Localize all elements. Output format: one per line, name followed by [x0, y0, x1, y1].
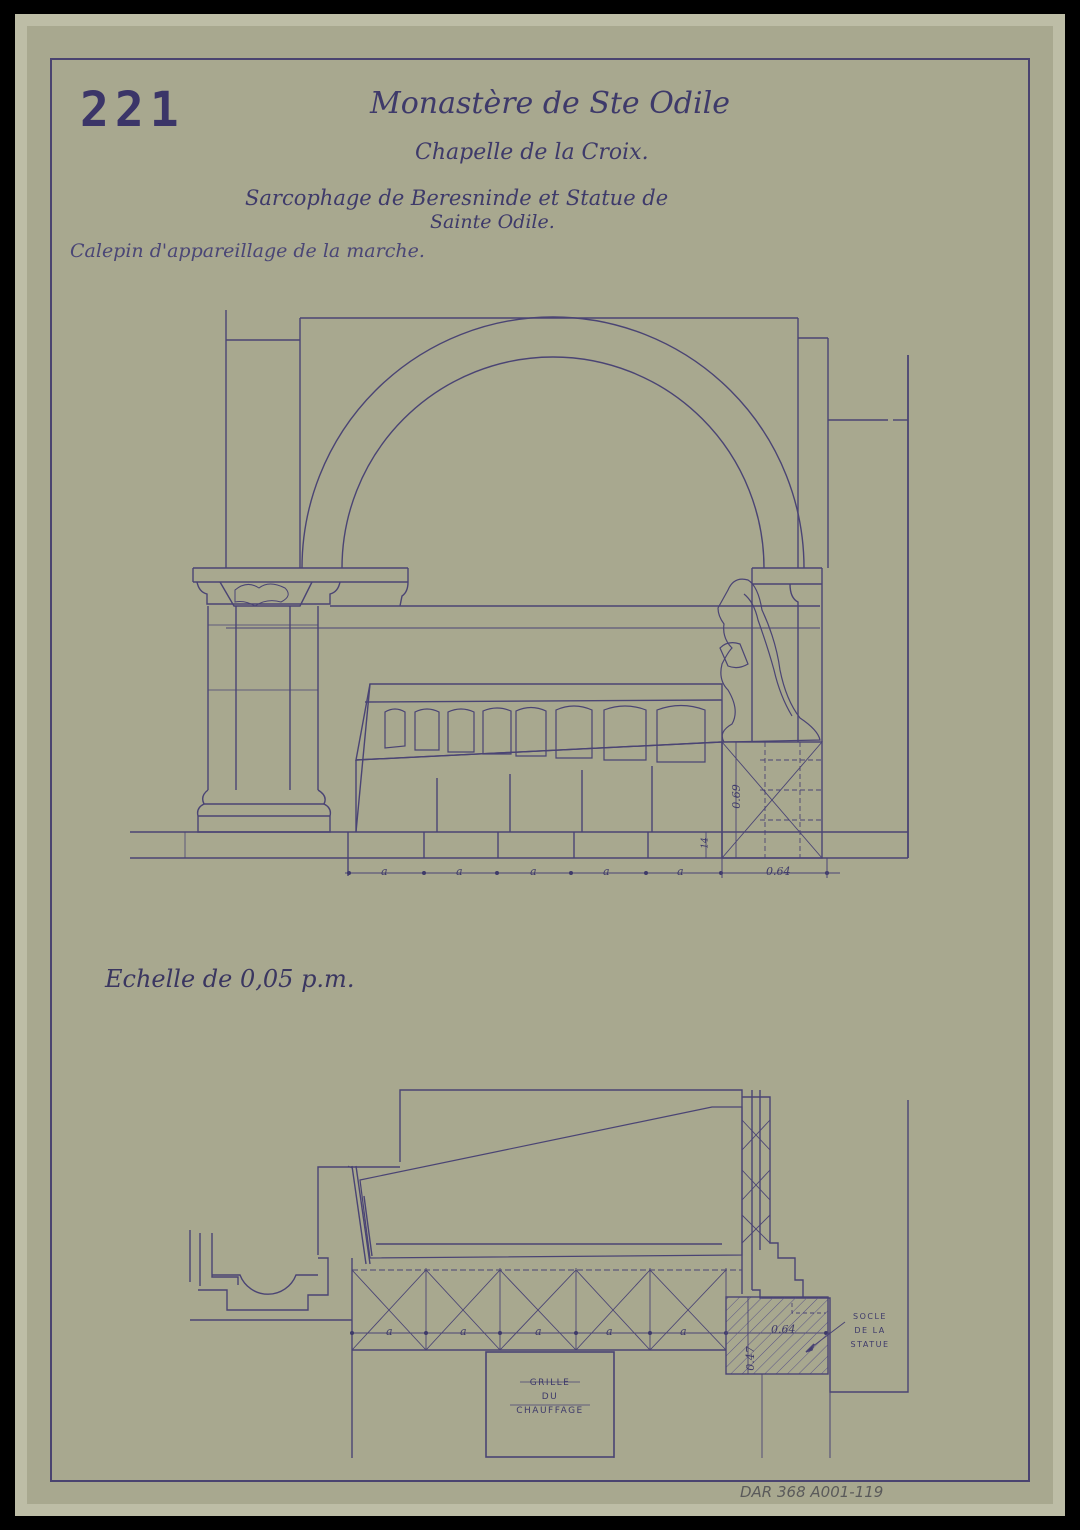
dim-module-a: a — [456, 865, 463, 878]
title-monastery: Monastère de Ste Odile — [370, 86, 730, 121]
scale-note: Echelle de 0,05 p.m. — [105, 965, 354, 993]
dim-module-a: a — [606, 1325, 613, 1338]
dim-module-a: a — [386, 1325, 393, 1338]
heating-grille-label: GRILLE DU CHAUFFAGE — [510, 1376, 590, 1418]
label-line: CHAUFFAGE — [510, 1404, 590, 1418]
label-line: STATUE — [842, 1338, 898, 1352]
sheet-number: 221 — [80, 82, 185, 138]
statue-saint-odile — [718, 579, 820, 742]
label-line: DE LA — [842, 1324, 898, 1338]
title-description: Calepin d'appareillage de la marche. — [70, 240, 425, 262]
dim-module-a: a — [460, 1325, 467, 1338]
title-subject: Sarcophage de Beresninde et Statue de — [245, 186, 668, 210]
title-subject-cont: Sainte Odile. — [430, 211, 555, 233]
dim-module-a: a — [677, 865, 684, 878]
archive-reference: DAR 368 A001-119 — [740, 1483, 883, 1501]
dim-step-height: 14 — [701, 837, 711, 848]
socle-label: SOCLE DE LA STATUE — [842, 1310, 898, 1352]
dim-socle-depth: 0.47 — [744, 1346, 757, 1371]
dim-module-a: a — [603, 865, 610, 878]
label-line: SOCLE — [842, 1310, 898, 1324]
dim-width-right: 0.64 — [771, 1323, 796, 1336]
dim-statue-base-height: 0.69 — [730, 784, 743, 809]
sarcophagus-arcade — [385, 706, 705, 763]
title-chapel: Chapelle de la Croix. — [415, 140, 649, 165]
dim-module-a: a — [680, 1325, 687, 1338]
dim-module-a: a — [535, 1325, 542, 1338]
dim-module-a: a — [530, 865, 537, 878]
dim-width-right: 0.64 — [766, 865, 791, 878]
label-line: GRILLE — [510, 1376, 590, 1390]
elevation-view — [130, 310, 908, 876]
dim-module-a: a — [381, 865, 388, 878]
label-line: DU — [510, 1390, 590, 1404]
